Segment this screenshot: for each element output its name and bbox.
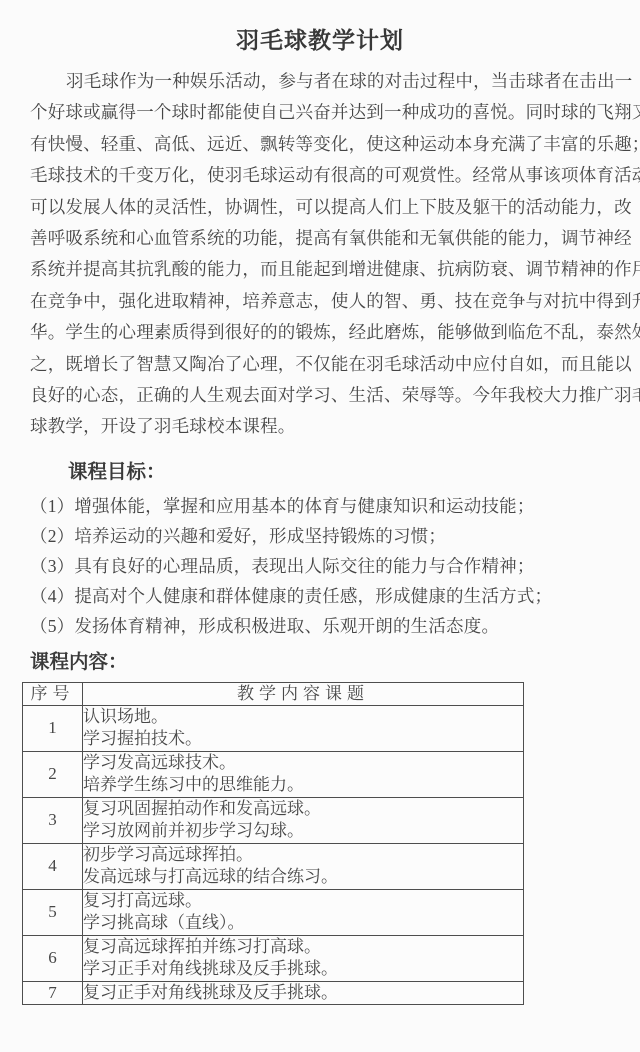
- objective-item: （2）培养运动的兴趣和爱好，形成坚持锻炼的习惯；: [30, 521, 615, 551]
- topic-line: 复习打高远球。: [83, 890, 523, 913]
- topic-line: 初步学习高远球挥拍。: [83, 844, 523, 867]
- row-number: 6: [23, 935, 83, 981]
- topic-line: 认识场地。: [83, 706, 523, 729]
- topic-line: 复习巩固握拍动作和发高远球。: [83, 798, 523, 821]
- intro-line: 之，既增长了智慧又陶冶了心理，不仅能在羽毛球活动中应付自如，而且能以: [30, 349, 615, 380]
- table-row: 2 学习发高远球技术。 培养学生练习中的思维能力。: [23, 751, 524, 797]
- table-row: 4 初步学习高远球挥拍。 发高远球与打高远球的结合练习。: [23, 843, 524, 889]
- intro-line: 可以发展人体的灵活性，协调性，可以提高人们上下肢及躯干的活动能力，改: [30, 192, 615, 223]
- table-header-row: 序号 教学内容课题: [23, 682, 524, 705]
- row-topic: 复习巩固握拍动作和发高远球。 学习放网前并初步学习勾球。: [83, 797, 524, 843]
- row-topic: 初步学习高远球挥拍。 发高远球与打高远球的结合练习。: [83, 843, 524, 889]
- intro-line: 系统并提高其抗乳酸的能力，而且能起到增进健康、抗病防衰、调节精神的作用: [30, 254, 615, 285]
- topic-line: 培养学生练习中的思维能力。: [83, 774, 523, 797]
- page-title: 羽毛球教学计划: [30, 24, 610, 58]
- column-header-topic: 教学内容课题: [83, 682, 524, 705]
- objectives-heading: 课程目标：: [30, 458, 615, 487]
- topic-line: 学习挑高球（直线）。: [83, 912, 523, 935]
- topic-line: 学习握拍技术。: [83, 728, 523, 751]
- intro-line: 毛球技术的千变万化，使羽毛球运动有很高的可观赏性。经常从事该项体育活动: [30, 160, 615, 191]
- row-topic: 复习打高远球。 学习挑高球（直线）。: [83, 889, 524, 935]
- document-page: 羽毛球教学计划 羽毛球作为一种娱乐活动，参与者在球的对击过程中，当击球者在击出一…: [0, 0, 640, 1052]
- topic-line: 复习正手对角线挑球及反手挑球。: [83, 982, 523, 1005]
- row-number: 3: [23, 797, 83, 843]
- objective-item: （4）提高对个人健康和群体健康的责任感，形成健康的生活方式；: [30, 581, 615, 611]
- intro-line: 良好的心态，正确的人生观去面对学习、生活、荣辱等。今年我校大力推广羽毛: [30, 380, 615, 411]
- table-row: 1 认识场地。 学习握拍技术。: [23, 705, 524, 751]
- intro-line: 球教学，开设了羽毛球校本课程。: [30, 411, 615, 442]
- row-number: 4: [23, 843, 83, 889]
- row-number: 7: [23, 981, 83, 1005]
- intro-line: 在竞争中，强化进取精神，培养意志，使人的智、勇、技在竞争与对抗中得到升: [30, 286, 615, 317]
- objective-item: （1）增强体能，掌握和应用基本的体育与健康知识和运动技能；: [30, 491, 615, 521]
- course-content-table: 序号 教学内容课题 1 认识场地。 学习握拍技术。 2 学习发高远球技术。 培养…: [22, 682, 524, 1006]
- intro-line: 华。学生的心理素质得到很好的的锻炼，经此磨炼，能够做到临危不乱，泰然处: [30, 317, 615, 348]
- column-header-number: 序号: [23, 682, 83, 705]
- table-row: 6 复习高远球挥拍并练习打高球。 学习正手对角线挑球及反手挑球。: [23, 935, 524, 981]
- topic-line: 学习正手对角线挑球及反手挑球。: [83, 958, 523, 981]
- content-heading: 课程内容：: [30, 648, 615, 677]
- row-topic: 复习正手对角线挑球及反手挑球。: [83, 981, 524, 1005]
- table-row: 7 复习正手对角线挑球及反手挑球。: [23, 981, 524, 1005]
- intro-line: 个好球或赢得一个球时都能使自己兴奋并达到一种成功的喜悦。同时球的飞翔又: [30, 97, 615, 128]
- row-topic: 复习高远球挥拍并练习打高球。 学习正手对角线挑球及反手挑球。: [83, 935, 524, 981]
- row-number: 5: [23, 889, 83, 935]
- topic-line: 学习放网前并初步学习勾球。: [83, 820, 523, 843]
- table-row: 3 复习巩固握拍动作和发高远球。 学习放网前并初步学习勾球。: [23, 797, 524, 843]
- row-topic: 认识场地。 学习握拍技术。: [83, 705, 524, 751]
- intro-line: 善呼吸系统和心血管系统的功能，提高有氧供能和无氧供能的能力，调节神经: [30, 223, 615, 254]
- topic-line: 复习高远球挥拍并练习打高球。: [83, 936, 523, 959]
- row-topic: 学习发高远球技术。 培养学生练习中的思维能力。: [83, 751, 524, 797]
- row-number: 1: [23, 705, 83, 751]
- objectives-list: （1）增强体能，掌握和应用基本的体育与健康知识和运动技能； （2）培养运动的兴趣…: [30, 491, 615, 641]
- table-row: 5 复习打高远球。 学习挑高球（直线）。: [23, 889, 524, 935]
- topic-line: 学习发高远球技术。: [83, 752, 523, 775]
- intro-line: 羽毛球作为一种娱乐活动，参与者在球的对击过程中，当击球者在击出一: [30, 66, 615, 97]
- topic-line: 发高远球与打高远球的结合练习。: [83, 866, 523, 889]
- objective-item: （3）具有良好的心理品质，表现出人际交往的能力与合作精神；: [30, 551, 615, 581]
- intro-paragraph: 羽毛球作为一种娱乐活动，参与者在球的对击过程中，当击球者在击出一 个好球或赢得一…: [30, 66, 615, 443]
- row-number: 2: [23, 751, 83, 797]
- intro-line: 有快慢、轻重、高低、远近、飘转等变化，使这种运动本身充满了丰富的乐趣；羽: [30, 129, 615, 160]
- objective-item: （5）发扬体育精神，形成积极进取、乐观开朗的生活态度。: [30, 611, 615, 641]
